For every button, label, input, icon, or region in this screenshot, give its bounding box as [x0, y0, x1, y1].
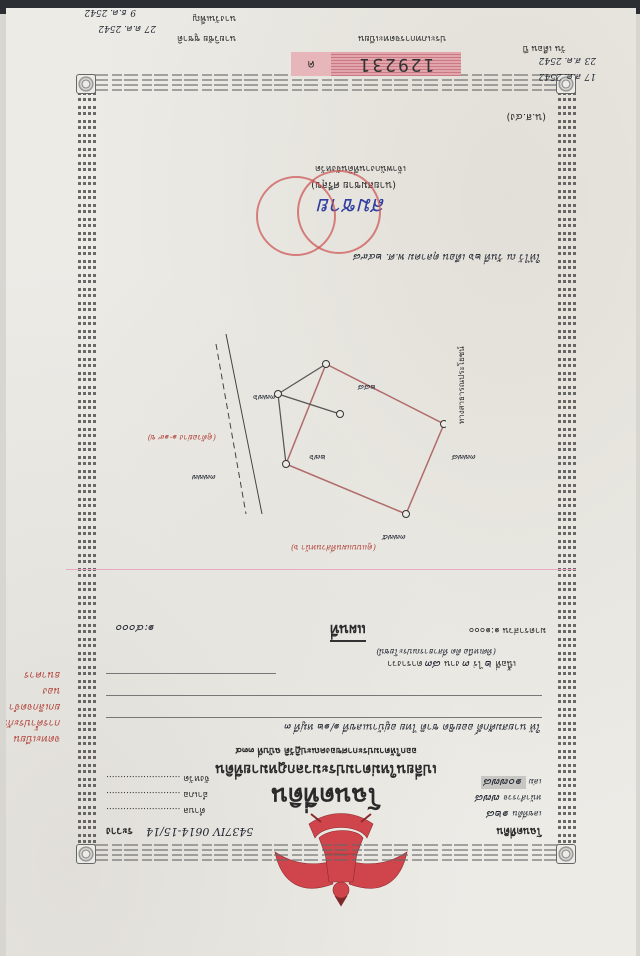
land-title-deed-sheet: โฉนดที่ดิน เลขที่ดิน ๑๒๘ หน้าสำรวจ ๗๗๘ เ…	[6, 8, 636, 956]
reg-entry-type: นายวิชัย ชูชาติ	[177, 32, 236, 46]
diagram-red-note-2: (ดูตัวอย่าง ๑-๑๙ ข)	[148, 431, 216, 444]
reg-entry-date: 27 ต.ค. 2542	[98, 22, 156, 36]
parcel-number: 5437IV 0614-15/14	[146, 825, 253, 838]
serial-number: 129231	[331, 52, 461, 76]
border-bottom	[94, 74, 558, 94]
border-right	[76, 92, 96, 846]
document-title: โฉนดที่ดิน	[76, 777, 576, 816]
red-seal-stamp	[256, 176, 336, 256]
marker-2: ๓๗๗๖	[253, 391, 276, 404]
map-scale: มาตราส่วน ๑:๑๐๐๐	[469, 624, 546, 638]
area-row: เนื้อที่ ๒ ไร่ ๓ งาน ๘๓ ตารางวา	[387, 656, 516, 674]
issuance-line: ให้ไว้ ณ วันที่ ๒๖ เดือน ตุลาคม พ.ศ. ๒๔๙…	[354, 249, 542, 264]
footer-code: (น.ส.๔ง)	[506, 109, 546, 124]
area-note: (ทิศเหนือ ติด ที่สาธารณประโยชน์)	[376, 645, 496, 658]
serial-prefix: ค	[291, 52, 331, 76]
marker-4: ๓๗๗๘	[452, 451, 476, 464]
corner-ornament-icon	[556, 844, 576, 864]
deed-label: โฉนดที่ดิน	[497, 823, 542, 838]
road-label: ทางสาธารณประโยชน์	[455, 346, 468, 424]
parcel-label: ระวาง	[106, 823, 133, 838]
margin-note: จดทะเบียน การค้ำประกัน ยกเลิกจดจำนอง ธนา…	[6, 666, 61, 746]
pink-guide-line	[66, 569, 576, 570]
corner-ornament-icon	[76, 74, 96, 94]
reg-entry-party: นางวันเพ็ญ	[193, 12, 236, 26]
document-subtitle: เปลี่ยนใหม่ตามประมวลกฎหมายที่ดิน	[76, 758, 576, 780]
reg-entry-date: 9 ธ.ค. 2542	[84, 8, 136, 20]
adjacent-2: ๒๘๘	[358, 381, 376, 394]
plot-diagram	[206, 314, 446, 534]
border-top	[94, 844, 558, 864]
marker-3: ๓๗๗๗	[192, 471, 216, 484]
document-subtitle-2: ออกให้ตามประกาศของคณะปฏิวัติ ฉบับที่ ๓๓๔	[76, 744, 576, 758]
reg-entry-date: 17 ส.ค. 2542	[539, 70, 596, 84]
marker-1: ๓๗๗๕	[382, 531, 406, 544]
border-left	[556, 92, 576, 846]
map-sheet-ref: ๑:๔๐๐๐	[116, 620, 155, 638]
grantee-line: ให้ นายสมศักดิ์ ออยชิด ชาติ ไทย อยู่บ้าน…	[285, 719, 542, 734]
diagram-red-note: (ดูแบบแผนที่ส่วนหน้า ๖)	[291, 541, 376, 554]
corner-ornament-icon	[76, 844, 96, 864]
reg-entry-date: 23 ส.ค. 2542	[539, 54, 596, 68]
map-heading: แผนที่	[330, 618, 366, 642]
reg-col-2: ประเภทการจดทะเบียน	[358, 32, 446, 46]
adjacent-1: ๒๗๖	[310, 451, 326, 464]
